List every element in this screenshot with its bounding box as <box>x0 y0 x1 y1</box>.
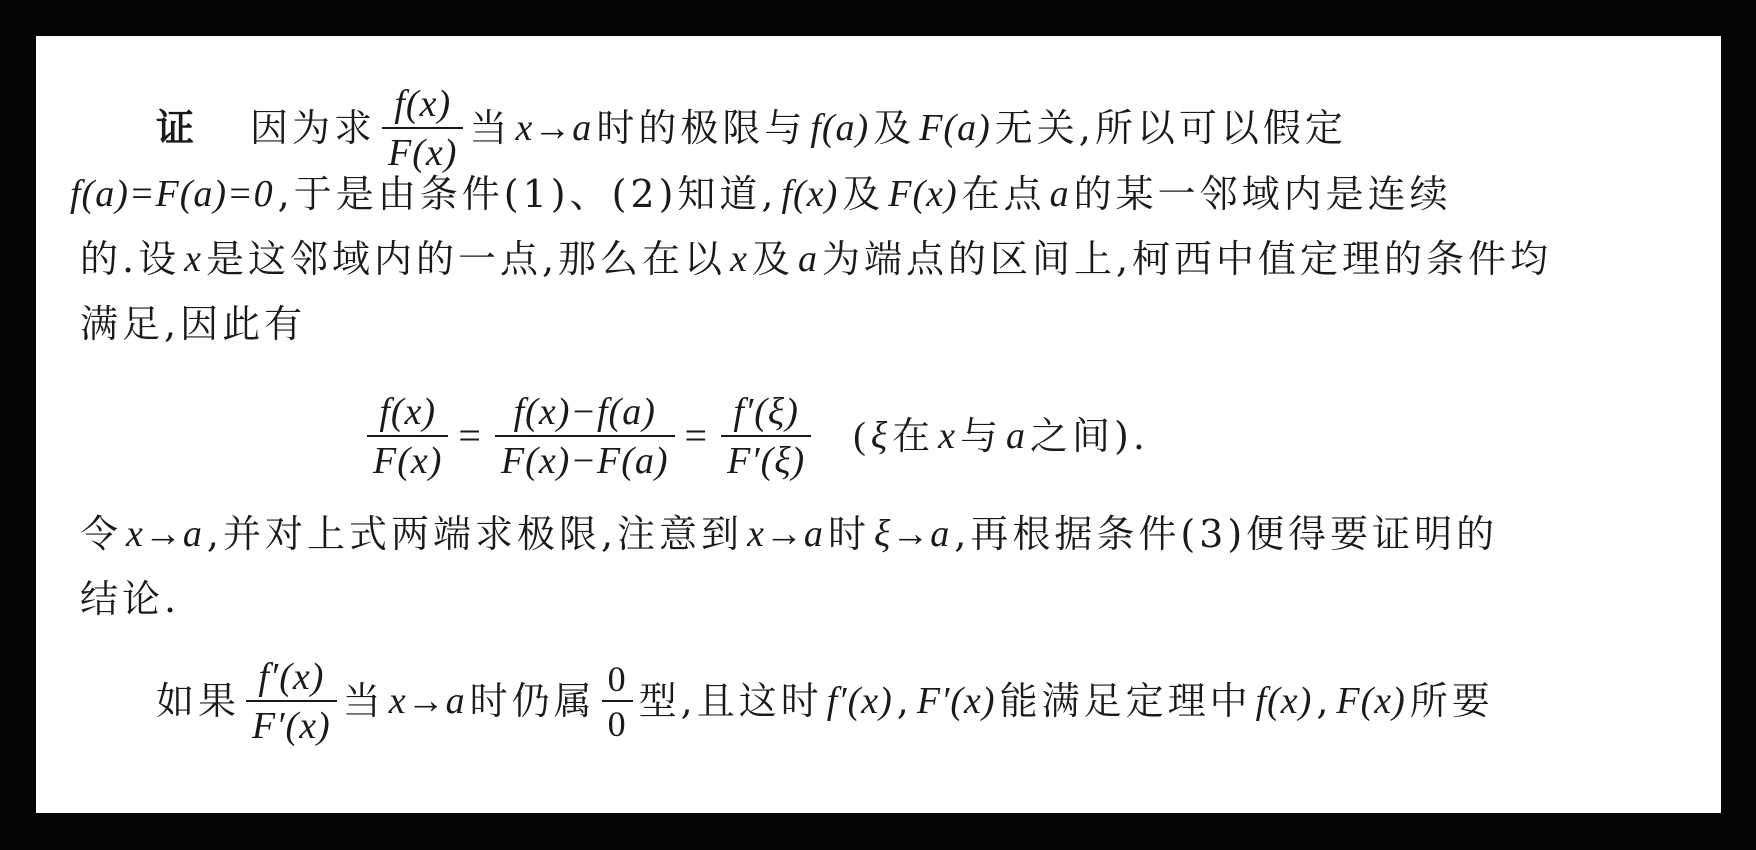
text: 型,且这时 <box>639 678 823 724</box>
text: , <box>1316 678 1332 724</box>
text: 因为求 <box>250 105 376 151</box>
equals-sign: = <box>685 413 712 459</box>
proof-line-2: f(a)=F(a)=0 ,于是由条件(1)、(2)知道, f(x) 及 F(x)… <box>70 171 1452 217</box>
text: 的.设 <box>80 236 180 282</box>
text: 如果 <box>156 678 240 724</box>
text: 在 <box>892 413 934 459</box>
math-expression: x→a <box>511 105 596 151</box>
text: 时的极限与 <box>596 105 806 151</box>
text: 令 <box>80 511 122 557</box>
equals-sign: = <box>458 413 485 459</box>
math-expression: a <box>1002 413 1030 459</box>
proof-label: 证 <box>156 105 198 151</box>
proof-line-1: 证 因为求 f(x) F(x) 当 x→a 时的极限与 f(a) 及 F(a) … <box>156 78 1347 178</box>
math-expression: f(a)=F(a)=0 <box>70 171 278 217</box>
fraction-denominator: 0 <box>602 704 633 744</box>
math-expression: f′(x) <box>823 678 897 724</box>
text: 是这邻域内的一点,那么在以 <box>206 236 726 282</box>
text: 在点 <box>962 171 1046 217</box>
fraction-f-over-F: f(x) F(x) <box>382 82 463 175</box>
math-expression: a <box>794 236 822 282</box>
fraction-numerator: f(x) <box>388 82 457 126</box>
math-expression: x <box>726 236 752 282</box>
fraction-denominator: F(x)−F(a) <box>495 439 675 483</box>
math-expression: a <box>1046 171 1074 217</box>
fraction-numerator: f′(x) <box>252 655 330 699</box>
math-expression: x <box>180 236 206 282</box>
fraction-derivatives: f′(x) F′(x) <box>246 655 337 748</box>
fraction-numerator: 0 <box>602 659 633 699</box>
math-expression: F(a) <box>915 105 995 151</box>
text: 时仍属 <box>470 678 596 724</box>
math-expression: F(x) <box>1332 678 1409 724</box>
fraction-middle: f(x)−f(a) F(x)−F(a) <box>495 390 675 483</box>
math-expression: x→a <box>385 678 470 724</box>
math-expression: f(x) <box>778 171 843 217</box>
fraction-numerator: f′(ξ) <box>727 390 804 434</box>
text: 当 <box>343 678 385 724</box>
text: 之间). <box>1030 413 1149 459</box>
fraction-lhs: f(x) F(x) <box>367 390 448 483</box>
fraction-denominator: F(x) <box>367 439 448 483</box>
math-expression: x→a <box>122 511 207 557</box>
fraction-bar <box>495 435 675 437</box>
text: 无关,所以可以假定 <box>995 105 1347 151</box>
math-expression: f(x) <box>1252 678 1317 724</box>
text: , <box>897 678 913 724</box>
fraction-denominator: F′(ξ) <box>721 439 811 483</box>
text: 及 <box>873 105 915 151</box>
fraction-numerator: f(x)−f(a) <box>508 390 662 434</box>
fraction-bar <box>382 127 463 129</box>
text: ,并对上式两端求极限,注意到 <box>207 511 743 557</box>
math-expression: ξ→a <box>870 511 954 557</box>
math-expression: F(x) <box>884 171 961 217</box>
text: 满足,因此有 <box>80 301 306 347</box>
proof-line-4: 满足,因此有 <box>80 301 306 347</box>
remark-line-1: 如果 f′(x) F′(x) 当 x→a 时仍属 0 0 型,且这时 f′(x)… <box>156 646 1494 756</box>
paren-open: ( <box>853 413 867 459</box>
fraction-denominator: F(x) <box>382 131 463 175</box>
math-expression: ξ <box>867 413 892 459</box>
fraction-numerator: f(x) <box>373 390 442 434</box>
fraction-zero-over-zero: 0 0 <box>602 659 633 744</box>
text: 结论. <box>80 576 180 622</box>
text: 时 <box>828 511 870 557</box>
text: 能满足定理中 <box>1000 678 1252 724</box>
math-expression: F′(x) <box>913 678 1000 724</box>
conclusion-line-2: 结论. <box>80 576 180 622</box>
text: 为端点的区间上,柯西中值定理的条件均 <box>822 236 1552 282</box>
proof-line-3: 的.设 x 是这邻域内的一点,那么在以 x 及 a 为端点的区间上,柯西中值定理… <box>80 236 1552 282</box>
math-expression: x <box>934 413 960 459</box>
math-expression: f(a) <box>806 105 873 151</box>
conclusion-line-1: 令 x→a ,并对上式两端求极限,注意到 x→a 时 ξ→a ,再根据条件(3)… <box>80 511 1498 557</box>
text: 当 <box>469 105 511 151</box>
text: ,再根据条件(3)便得要证明的 <box>954 511 1498 557</box>
textbook-page: 证 因为求 f(x) F(x) 当 x→a 时的极限与 f(a) 及 F(a) … <box>36 36 1721 813</box>
display-equation: f(x) F(x) = f(x)−f(a) F(x)−F(a) = f′(ξ) … <box>361 381 1149 491</box>
text: 及 <box>842 171 884 217</box>
fraction-denominator: F′(x) <box>246 704 337 748</box>
fraction-bar <box>602 700 633 702</box>
fraction-bar <box>246 700 337 702</box>
math-expression: x→a <box>743 511 828 557</box>
text: 所要 <box>1410 678 1494 724</box>
text: 及 <box>752 236 794 282</box>
text: ,于是由条件(1)、(2)知道, <box>278 171 778 217</box>
fraction-bar <box>721 435 811 437</box>
fraction-bar <box>367 435 448 437</box>
text: 的某一邻域内是连续 <box>1074 171 1452 217</box>
fraction-rhs: f′(ξ) F′(ξ) <box>721 390 811 483</box>
text: 与 <box>960 413 1002 459</box>
